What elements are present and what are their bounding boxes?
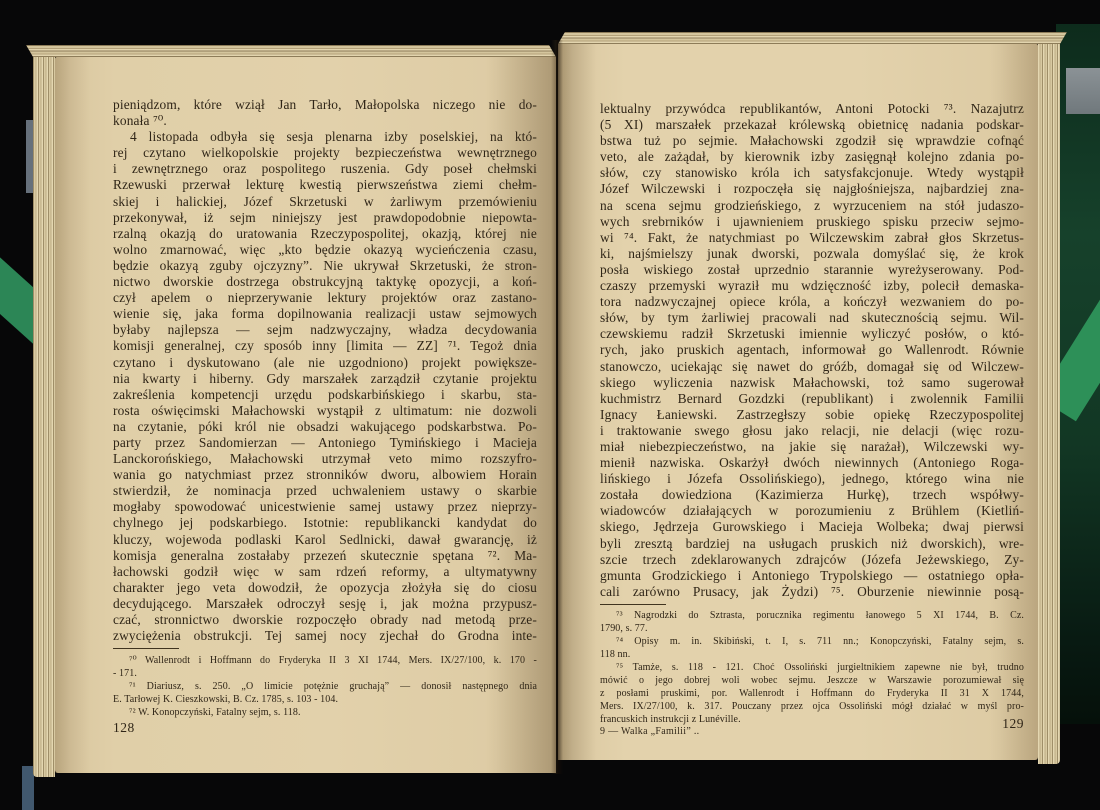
text-line: Józef Wilczewski i rozpoczęła się najgło… [600, 181, 1024, 197]
text-line: zwyciężenia obstrukcji. Tej samej nocy z… [113, 628, 537, 644]
page-number-left: 128 [113, 720, 135, 736]
text-line: komisja generalna zostałaby przezeń skut… [113, 548, 537, 564]
text-line: na scena sejmu grodzieńskiego, z wyrzuce… [600, 198, 1024, 214]
right-page: lektualny przywódca republikantów, Anton… [558, 44, 1038, 760]
text-line: na czytanie, póki król nie obsadzi wakuj… [113, 419, 537, 435]
text-line: posła wiskiego został uprzednio staranni… [600, 262, 1024, 278]
text-line: gmunta Grodzickiego i Antoniego Trypolsk… [600, 568, 1024, 584]
text-line: czewskiemu radził Skrzetuski imiennie wy… [600, 326, 1024, 342]
right-page-body: lektualny przywódca republikantów, Anton… [600, 101, 1024, 600]
page-number-right: 129 [614, 716, 1024, 732]
left-page-footnotes: ⁷⁰ Wallenrodt i Hoffmann do Fryderyka II… [113, 654, 537, 719]
text-line: słów, czy stanowisko króla ich satysfakc… [600, 165, 1024, 181]
text-line: rosta oświęcimski Małachowski wystąpił z… [113, 403, 537, 419]
text-line: skiego, Jędrzeja Gurowskiego i Macieja W… [600, 519, 1024, 535]
text-line: wi ⁷⁴. Fakt, że natychmiast po Wilczewsk… [600, 230, 1024, 246]
text-line: czać, stronnictwo dworskie rozpoczęło ob… [113, 612, 537, 628]
green-stripe-right-decor [1056, 271, 1100, 422]
text-line: z posłami pruskimi, por. Wallenrodt i Ho… [600, 687, 1024, 700]
text-line: nia kwarty i hiberny. Gdy marszałek zarz… [113, 371, 537, 387]
text-line: kluczy, wojewoda podlaski Karol Sedlnick… [113, 532, 537, 548]
text-line: (5 XI) marszałek przekazał królewską obi… [600, 117, 1024, 133]
text-line: lińskiego i Józefa Ossolińskiego), jedne… [600, 471, 1024, 487]
footnote-separator [600, 604, 666, 605]
text-line: charakter jego veta dowodził, że opozycj… [113, 580, 537, 596]
text-line: nictwo dworskie dostrzega obstrukcyjną t… [113, 274, 537, 290]
text-line: wienie się, jaka forma dopilnowania real… [113, 306, 537, 322]
text-line: wolno zmarnować, więc „kto będzie okazyą… [113, 242, 537, 258]
book-photo-backdrop: pieniądzom, które wziął Jan Tarło, Małop… [0, 0, 1100, 810]
text-line: veto, ale zażądał, by kierownik izby zas… [600, 149, 1024, 165]
text-line: wania go natychmiast przez stronników dw… [113, 467, 537, 483]
text-line: stwierdził, że nominacja przed uchwaleni… [113, 483, 537, 499]
text-line: decydującego. Marszałek odroczył sesję i… [113, 596, 537, 612]
left-page-body: pieniądzom, które wziął Jan Tarło, Małop… [113, 97, 537, 644]
text-line: ⁷⁰ Wallenrodt i Hoffmann do Fryderyka II… [113, 654, 537, 667]
text-line: wiadowców działających w porozumieniu z … [600, 503, 1024, 519]
text-line: byłaby najlepsza — sejm nadzwyczajny, wł… [113, 322, 537, 338]
text-line: pieniądzom, które wziął Jan Tarło, Małop… [113, 97, 537, 113]
text-line: 1790, s. 77. [600, 622, 1024, 635]
text-line: chylnego jej podskarbiego. Istotnie: rep… [113, 515, 537, 531]
text-line: ⁷² W. Konopczyński, Fatalny sejm, s. 118… [113, 706, 537, 719]
text-line: mogłaby spowodować unicestwienie samej u… [113, 499, 537, 515]
right-page-footnotes: ⁷³ Nagrodzki do Sztrasta, porucznika reg… [600, 609, 1024, 726]
text-line: przekonywał, iż sejm niniejszy jest praw… [113, 210, 537, 226]
text-line: mienił nazwiska. Oskarżył dwóch niewinny… [600, 455, 1024, 471]
text-line: skiej i halickiej, Józef Skrzetuski w ża… [113, 194, 537, 210]
text-line: Lanckorońskiego, Małachowski utrzymał ve… [113, 451, 537, 467]
text-line: i traktowanie swego głosu jako relacji, … [600, 423, 1024, 439]
text-line: ⁷¹ Diariusz, s. 250. „O limicie potężnie… [113, 680, 537, 693]
left-page: pieniądzom, które wziął Jan Tarło, Małop… [55, 57, 556, 773]
text-line: kuchmistrz Bernard Gozdzki (republikant)… [600, 391, 1024, 407]
text-line: ⁷⁵ Tamże, s. 118 - 121. Choć Ossoliński … [600, 661, 1024, 674]
text-line: czył apelem o nieprzerywanie lektury pro… [113, 290, 537, 306]
text-line: wych srebrników i ujawnieniem pruskiego … [600, 214, 1024, 230]
text-line: szcie trzech zdeklarowanych zdrajców (Jó… [600, 552, 1024, 568]
text-line: Ignacy Łaniewski. Zastrzegłszy sobie opi… [600, 407, 1024, 423]
text-line: miał niebezpieczeństwo, na jakie się nar… [600, 439, 1024, 455]
text-line: stanowczo, uciekając się nawet do gróźb,… [600, 359, 1024, 375]
text-line: łachowski godził więc w sam rdzeń reform… [113, 564, 537, 580]
text-line: tora nadzwyczajnej opiece króla, a kończ… [600, 294, 1024, 310]
text-line: lektualny przywódca republikantów, Anton… [600, 101, 1024, 117]
text-line: będzie okazyą zguby ojczyzny”. Nie ukryw… [113, 258, 537, 274]
text-line: konała ⁷⁰. [113, 113, 537, 129]
text-line: rych, jako pruskich agentach, informował… [600, 342, 1024, 358]
text-line: 4 listopada odbyła się sesja plenarna iz… [113, 129, 537, 145]
green-band-right-decor [1056, 24, 1100, 724]
text-line: ⁷⁴ Opisy m. in. Skibiński, t. I, s. 711 … [600, 635, 1024, 648]
text-line: ⁷³ Nagrodzki do Sztrasta, porucznika reg… [600, 609, 1024, 622]
text-line: komisji generalnej, czy sposób inny [lim… [113, 338, 537, 354]
text-line: Rzewuski przerwał lekturę kwestią pierws… [113, 177, 537, 193]
text-line: czaszy przemyski wyraził mu wdzięczność … [600, 278, 1024, 294]
text-line: mówić o jego dobrej woli wobec sejmu. Je… [600, 674, 1024, 687]
text-line: zakreślenia kompetencji urzędu podskarbi… [113, 387, 537, 403]
grey-bar-right-decor [1066, 68, 1100, 114]
text-line: cali zarówno Prusacy, jak Żydzi) ⁷⁵. Obu… [600, 584, 1024, 600]
text-line: rej czytano wielkopolskie projekty bezpi… [113, 145, 537, 161]
text-line: byli zresztą bardziej na usługach pruski… [600, 536, 1024, 552]
book-gutter [551, 40, 563, 774]
text-line: 118 nn. [600, 648, 1024, 661]
text-line: rzalną okazją do uratowania Rzeczypospol… [113, 226, 537, 242]
text-line: ki, najśmielszy junak dworski, pozwala d… [600, 246, 1024, 262]
text-line: słów, by tym żarliwiej pracowali nad sku… [600, 310, 1024, 326]
text-line: party przez Sandomierzan — Antoniego Tym… [113, 435, 537, 451]
text-line: została dowiedziona (Kazimierza Hurkę), … [600, 487, 1024, 503]
text-line: E. Tarłowej K. Cieszkowski, B. Cz. 1785,… [113, 693, 537, 706]
text-line: i zewnętrznego oraz pospolitego ruszenia… [113, 161, 537, 177]
text-line: czytano i dyskutowano (ale nie uzgodnion… [113, 355, 537, 371]
footnote-separator [113, 648, 179, 649]
text-line: - 171. [113, 667, 537, 680]
text-line: Mers. IX/27/100, k. 317. Pouczany przez … [600, 700, 1024, 713]
text-line: bstwa tuż po sejmie. Małachowski zgodził… [600, 133, 1024, 149]
text-line: skiego wyliczenia nazwisk Małachowski, t… [600, 375, 1024, 391]
